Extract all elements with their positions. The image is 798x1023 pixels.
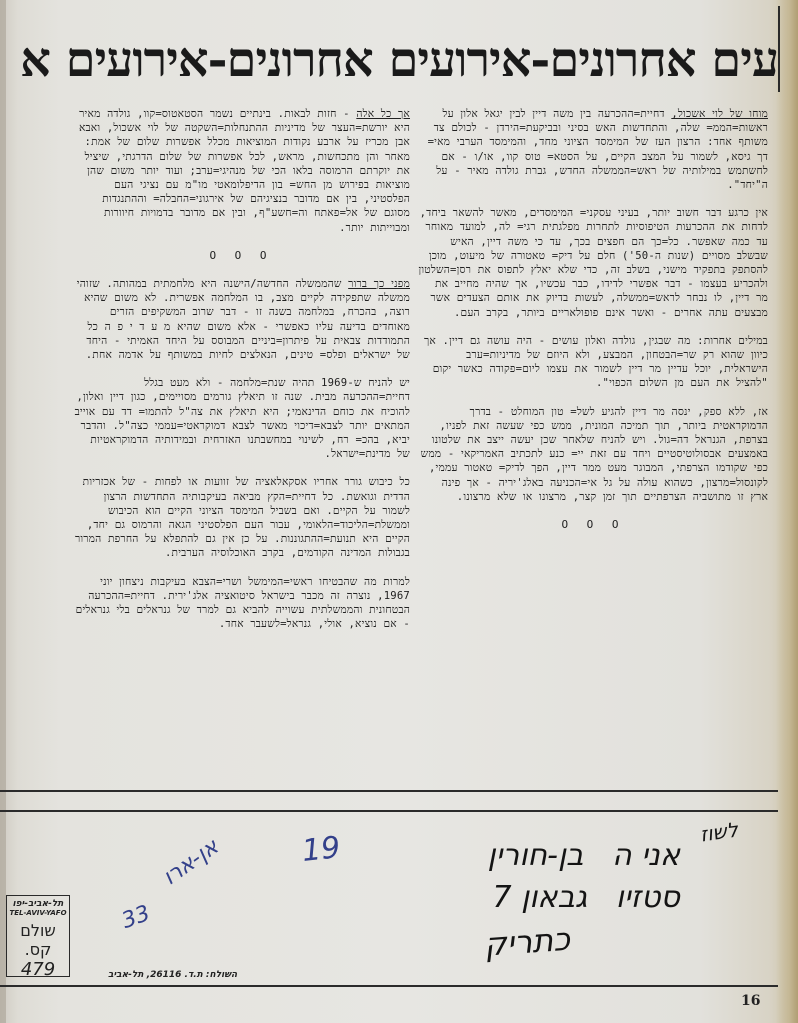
paragraph: אז, ללא ספק, ינסה מר דיין להגיע לשל= טון… <box>418 405 768 504</box>
handwritten-number-19: 19 <box>300 830 342 869</box>
handwritten-corner-note: לשוז <box>699 817 740 846</box>
page-left-edge <box>0 0 6 1023</box>
stamp-number: 479 <box>7 959 69 980</box>
stamp-label: שולם קס. <box>7 921 69 959</box>
handwritten-address-line-3: כתריק <box>419 920 571 968</box>
paragraph: מוחו של לוי אשכול, דחיית=ההכרעה בין משה … <box>418 107 768 192</box>
section-separator: O O O <box>418 518 768 532</box>
page-number: 16 <box>741 993 760 1009</box>
paragraph: יש להניח ש-1969 תהיה שנת=מלחמה - ולא מעט… <box>72 376 410 461</box>
paragraph: אין כרגע דבר חשוב יותר, בעיני עסקני= המי… <box>418 206 768 320</box>
article-column-left: אך כל אלה - חזות לבאות. בינתיים נשמר הסט… <box>72 107 410 646</box>
paragraph-text: - חזות לבאות. בינתיים נשמר הסטאטוס=קוו, … <box>79 108 410 234</box>
paragraph-text: שהממשלה החדשה/הישנה היא מלחמתית במהותה. … <box>77 278 410 361</box>
stamp-city-latin: TEL-AVIV-YAFO <box>7 909 69 917</box>
paragraph: אך כל אלה - חזות לבאות. בינתיים נשמר הסט… <box>72 107 410 235</box>
footer-rule-second <box>0 810 778 812</box>
page-right-edge <box>776 0 798 1023</box>
paragraph: מפני כך ברור שהממשלה החדשה/הישנה היא מלח… <box>72 277 410 362</box>
headline-side-rule <box>778 6 780 92</box>
postage-stamp-box: תל-אביב-יפו TEL-AVIV-YAFO שולם קס. 479 <box>6 895 70 977</box>
handwritten-note-blue: אן-ארו <box>158 835 223 891</box>
article-column-right: מוחו של לוי אשכול, דחיית=ההכרעה בין משה … <box>418 107 768 546</box>
paragraph: למרות מה שהבטיחו ראשי=המימשל ושרי=הצבא ב… <box>72 575 410 632</box>
handwritten-address-line-2: סטזיו גבאון 7 <box>420 880 680 915</box>
paragraph-lead: מוחו של לוי אשכול, <box>671 108 768 120</box>
section-separator: O O O <box>72 249 410 263</box>
paragraph-text: דחיית=ההכרעה בין משה דיין לבין יגאל אלון… <box>428 108 768 191</box>
paragraph-lead: אך כל אלה <box>356 108 410 120</box>
handwritten-address-line-1: אני ה בן-חורין <box>420 838 680 873</box>
footer-rule-bottom <box>0 985 778 987</box>
paragraph-lead: מפני כך ברור <box>348 278 410 290</box>
footer-rule-top <box>0 790 778 792</box>
sender-address: השולח: ת.ד. 26116, תל-אביב <box>108 970 237 980</box>
handwritten-number-33: 33 <box>119 901 154 934</box>
scanned-page: עים אחרונים-אירועים אחרונים-אירועים א מו… <box>0 0 798 1023</box>
stamp-city-hebrew: תל-אביב-יפו <box>7 899 69 909</box>
paragraph: במילים אחרות: מה שבגין, גולדה ואלון עושי… <box>418 334 768 391</box>
paragraph: כל כיבוש גורר אחריו אסקאלאציה של זוועות … <box>72 475 410 560</box>
headline-banner: עים אחרונים-אירועים אחרונים-אירועים א <box>0 30 778 90</box>
